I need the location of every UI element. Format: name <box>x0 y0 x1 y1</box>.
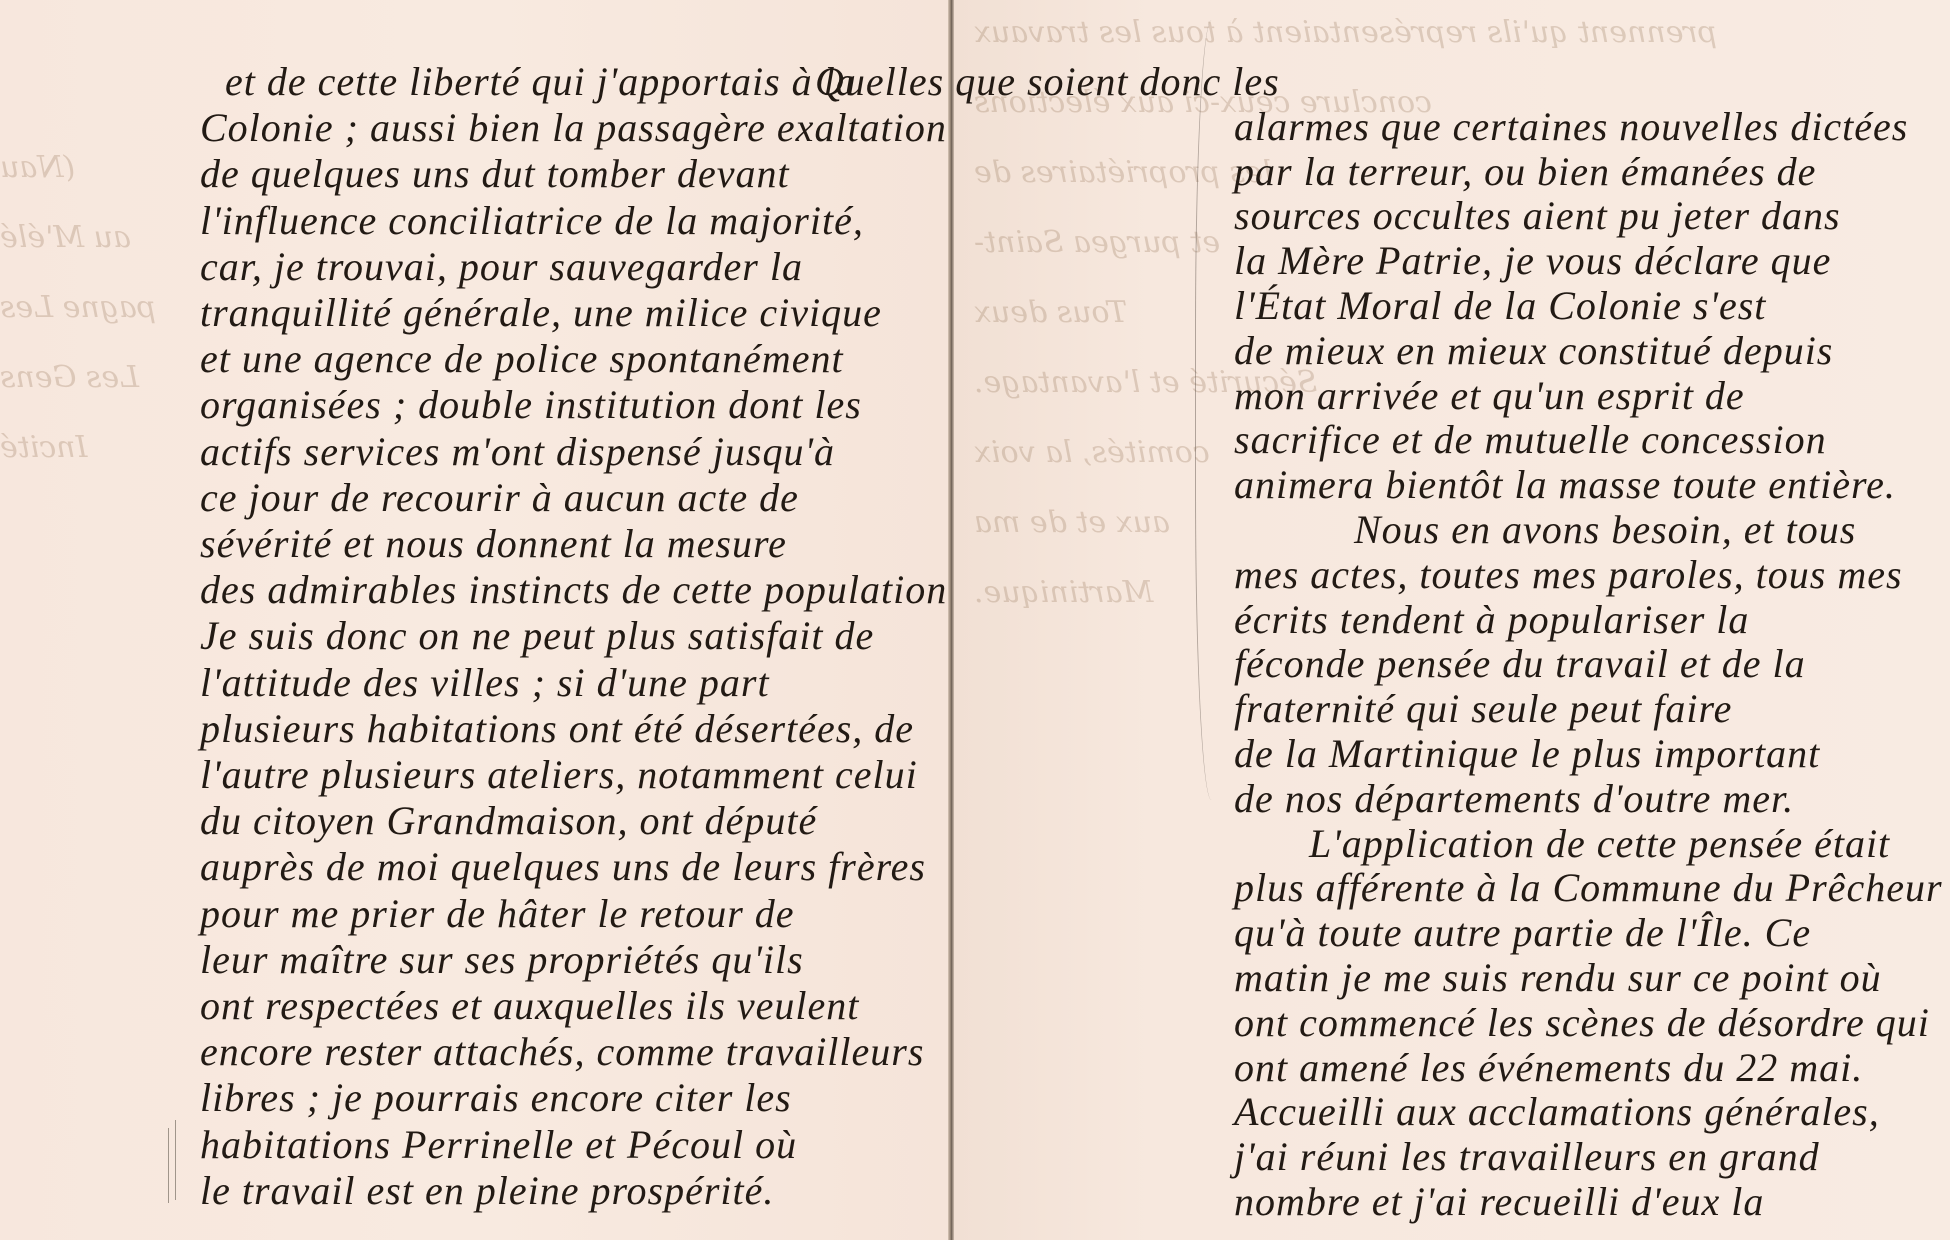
bleed-through-text: et purgea Saint- <box>974 225 1220 260</box>
manuscript-line: leur maître sur ses propriétés qu'ils <box>200 936 804 983</box>
manuscript-line: sévérité et nous donnent la mesure <box>200 520 787 567</box>
manuscript-line: des admirables instincts de cette popula… <box>200 566 958 613</box>
manuscript-line: et une agence de police spontanément <box>200 335 844 382</box>
manuscript-line: Je suis donc on ne peut plus satisfait d… <box>200 612 874 659</box>
manuscript-line: ce jour de recourir à aucun acte de <box>200 474 799 521</box>
manuscript-line: Accueilli aux acclamations générales, <box>1234 1088 1880 1135</box>
manuscript-line: l'attitude des villes ; si d'une part <box>200 659 770 706</box>
manuscript-line: tranquillité générale, une milice civiqu… <box>200 289 882 336</box>
pencil-curve-mark <box>1195 20 1236 800</box>
manuscript-line: sacrifice et de mutuelle concession <box>1234 416 1827 463</box>
margin-pencil-mark <box>175 1120 176 1200</box>
manuscript-line: animera bientôt la masse toute entière. <box>1234 461 1896 508</box>
left-page: (Nauau M'élépagne LesLes GensIncité et d… <box>0 0 950 1240</box>
manuscript-line: qu'à toute autre partie de l'Île. Ce <box>1234 909 1811 956</box>
manuscript-line: auprès de moi quelques uns de leurs frèr… <box>200 843 926 890</box>
manuscript-line: fraternité qui seule peut faire <box>1234 685 1732 732</box>
manuscript-line: mon arrivée et qu'un esprit de <box>1234 372 1745 419</box>
bleed-through-text: Martinique. <box>974 575 1153 610</box>
manuscript-line: actifs services m'ont dispensé jusqu'à <box>200 428 835 475</box>
manuscript-line: j'ai réuni les travailleurs en grand <box>1234 1133 1820 1180</box>
manuscript-line: pour me prier de hâter le retour de <box>200 890 795 937</box>
manuscript-line: sources occultes aient pu jeter dans <box>1234 192 1841 239</box>
manuscript-line: ont respectées et auxquelles ils veulent <box>200 982 859 1029</box>
right-page: prennent qu'ils représentaient à tous le… <box>954 0 1950 1240</box>
bleed-through-text: pagne Les <box>0 290 156 325</box>
manuscript-line: Nous en avons besoin, et tous <box>1354 506 1856 553</box>
bleed-through-text: Les Gens <box>0 360 139 395</box>
manuscript-line: mes actes, toutes mes paroles, tous mes <box>1234 551 1903 598</box>
manuscript-line: par la terreur, ou bien émanées de <box>1234 148 1816 195</box>
manuscript-line: de mieux en mieux constitué depuis <box>1234 327 1833 374</box>
manuscript-line: Colonie ; aussi bien la passagère exalta… <box>200 104 947 151</box>
manuscript-line: écrits tendent à populariser la <box>1234 596 1749 643</box>
manuscript-line: de quelques uns dut tomber devant <box>200 150 790 197</box>
bleed-through-text: (Nau <box>0 150 75 185</box>
manuscript-line: L'application de cette pensée était <box>1309 820 1890 867</box>
manuscript-line: plus afférente à la Commune du Prêcheur <box>1234 864 1943 911</box>
document-spread: (Nauau M'élépagne LesLes GensIncité et d… <box>0 0 1950 1240</box>
manuscript-line: féconde pensée du travail et de la <box>1234 640 1806 687</box>
bleed-through-text: aux et de ma <box>974 505 1170 540</box>
bleed-through-text: au M'élé <box>0 220 131 255</box>
manuscript-line: et de cette liberté qui j'apportais à la <box>225 58 857 105</box>
manuscript-line: ont commencé les scènes de désordre qui <box>1234 999 1930 1046</box>
bleed-through-text: comités, la voix <box>974 435 1210 470</box>
manuscript-line: organisées ; double institution dont les <box>200 381 862 428</box>
manuscript-line: plusieurs habitations ont été désertées,… <box>200 705 914 752</box>
manuscript-line: l'influence conciliatrice de la majorité… <box>200 197 864 244</box>
manuscript-line: de nos départements d'outre mer. <box>1234 775 1794 822</box>
margin-pencil-mark <box>168 1128 169 1203</box>
manuscript-line: car, je trouvai, pour sauvegarder la <box>200 243 803 290</box>
manuscript-line: nombre et j'ai recueilli d'eux la <box>1234 1178 1764 1225</box>
bleed-through-text: Incité <box>0 430 87 465</box>
bleed-through-text: Tous deux <box>974 295 1127 330</box>
manuscript-line: habitations Perrinelle et Pécoul où <box>200 1121 797 1168</box>
manuscript-line: de la Martinique le plus important <box>1234 730 1820 777</box>
manuscript-line: libres ; je pourrais encore citer les <box>200 1074 792 1121</box>
manuscript-line: alarmes que certaines nouvelles dictées <box>1234 103 1908 150</box>
manuscript-line: ont amené les événements du 22 mai. <box>1234 1044 1863 1091</box>
manuscript-line: l'autre plusieurs ateliers, notamment ce… <box>200 751 918 798</box>
manuscript-line: le travail est en pleine prospérité. <box>200 1167 774 1214</box>
manuscript-line: la Mère Patrie, je vous déclare que <box>1234 237 1831 284</box>
manuscript-line: matin je me suis rendu sur ce point où <box>1234 954 1882 1001</box>
manuscript-line: du citoyen Grandmaison, ont député <box>200 797 817 844</box>
manuscript-line: l'État Moral de la Colonie s'est <box>1234 282 1766 329</box>
bleed-through-text: prennent qu'ils représentaient à tous le… <box>974 15 1717 50</box>
manuscript-line: encore rester attachés, comme travailleu… <box>200 1028 924 1075</box>
